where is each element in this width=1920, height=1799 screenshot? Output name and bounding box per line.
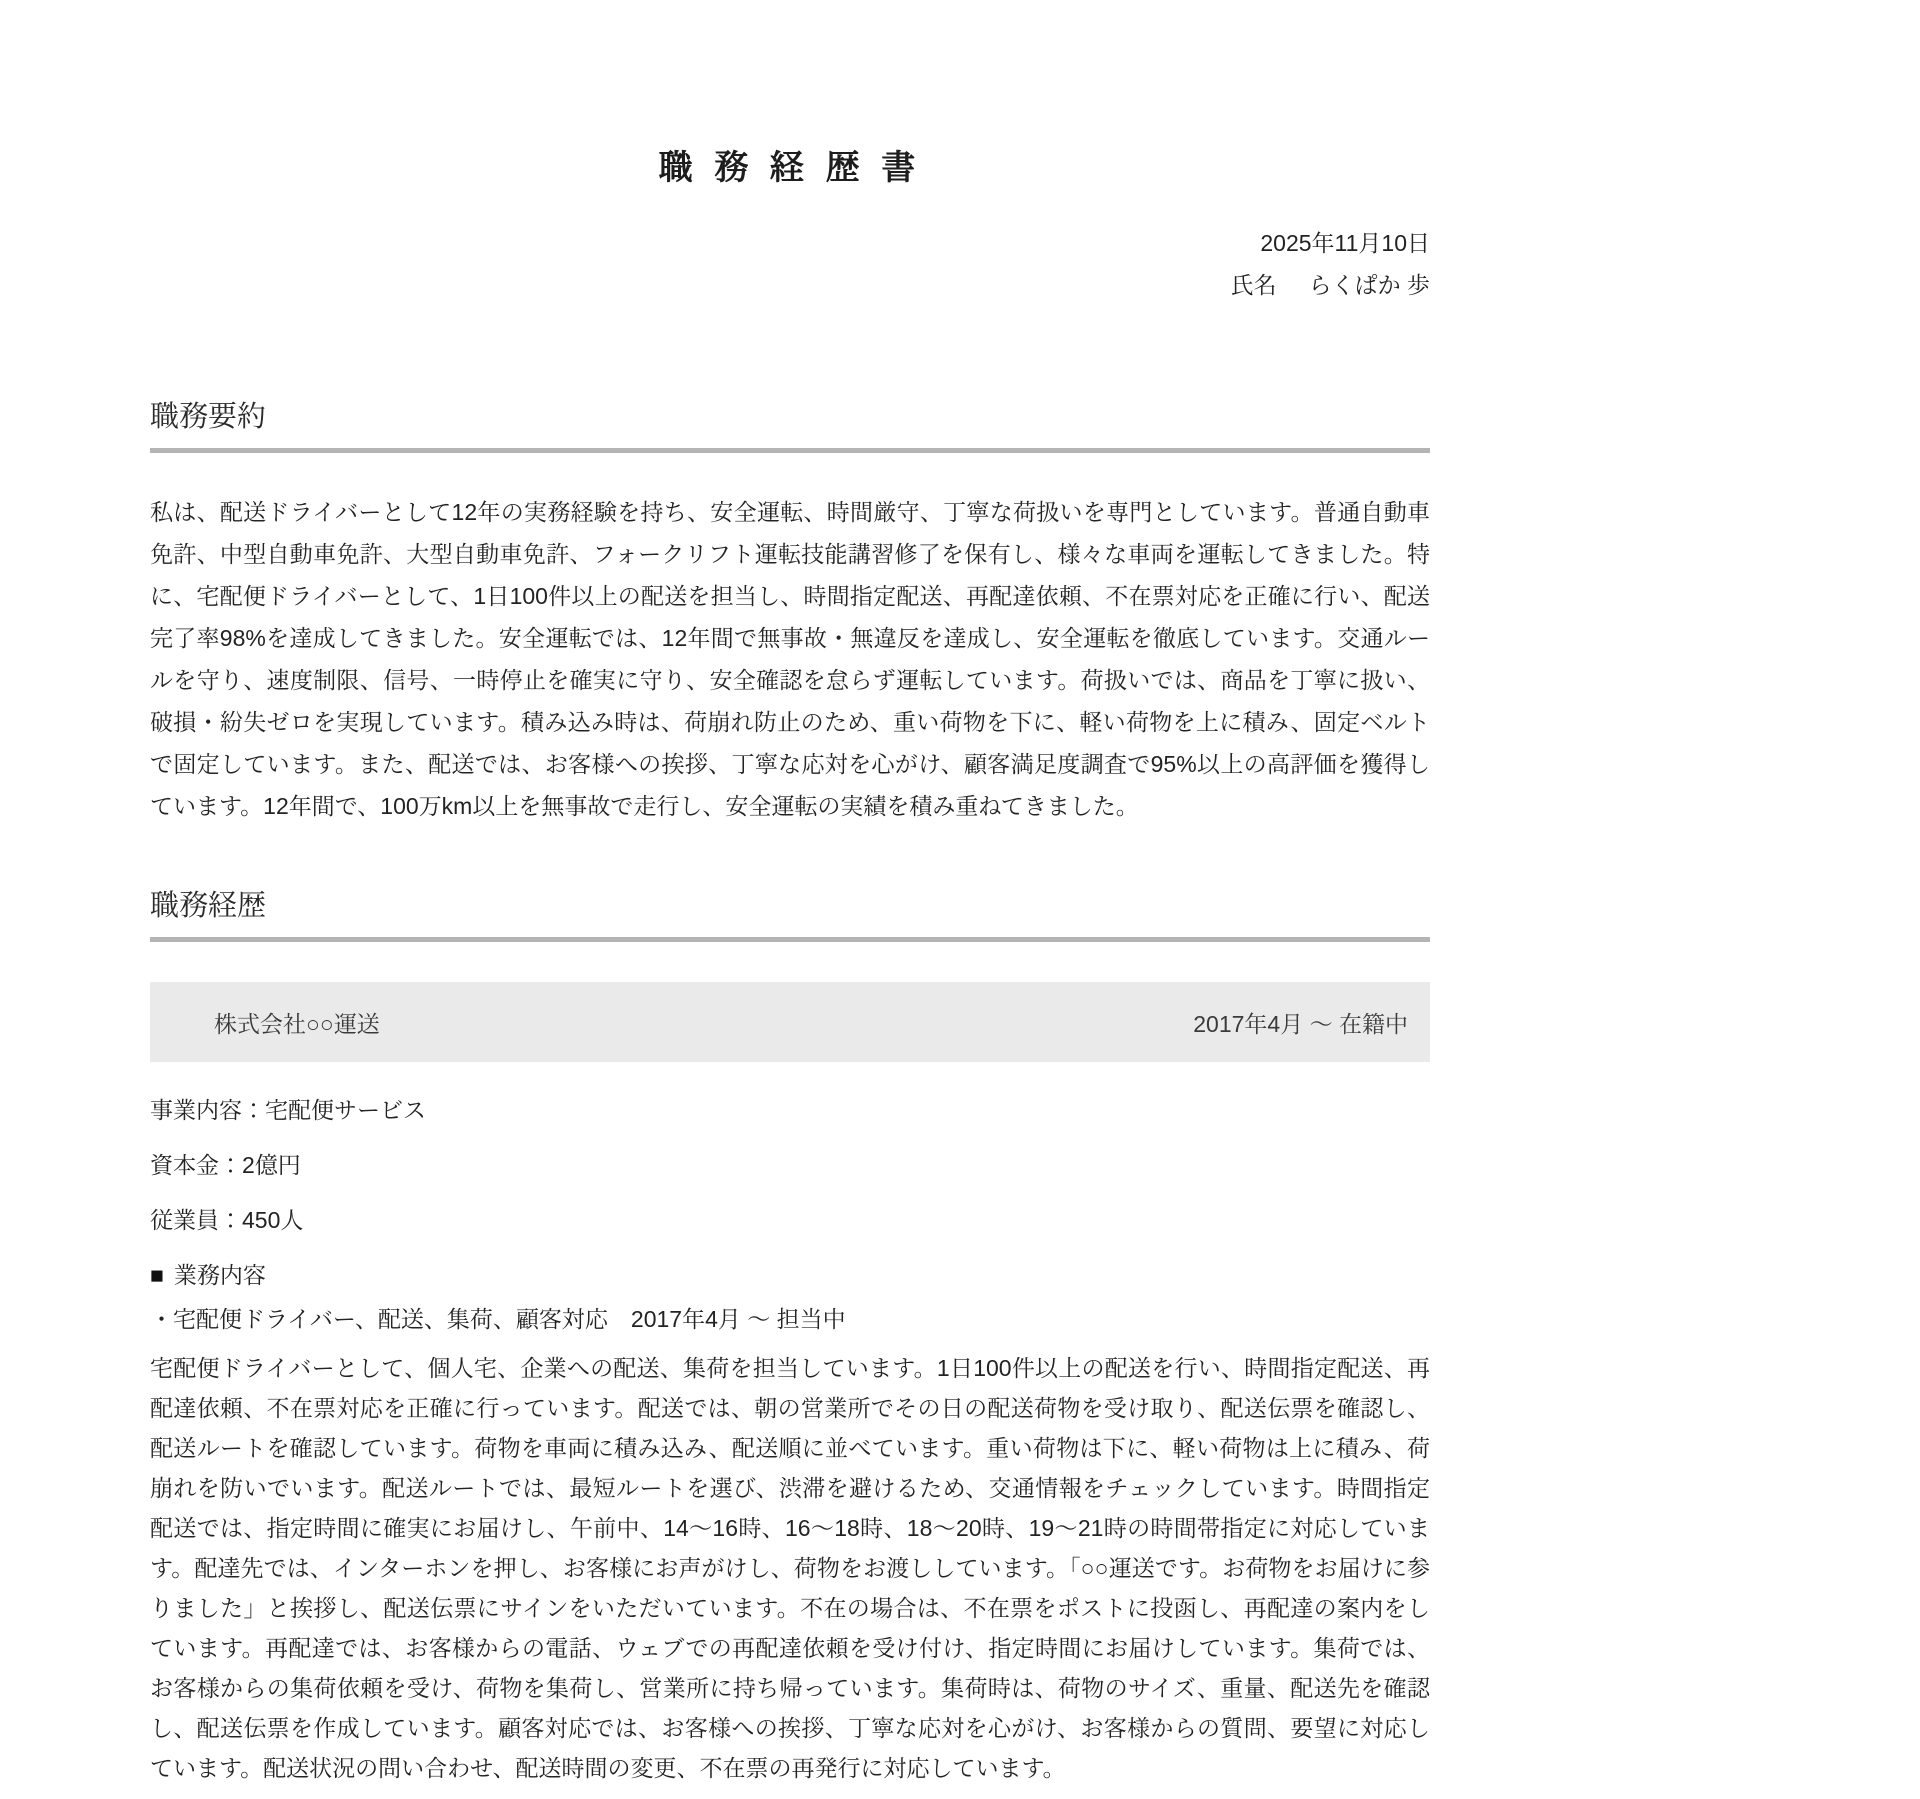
duties-heading: 業務内容 — [174, 1262, 266, 1288]
employment-period: 2017年4月 〜 在籍中 — [1193, 1006, 1408, 1039]
company-name: 株式会社○○運送 — [214, 1006, 380, 1039]
duties-role-line: ・宅配便ドライバー、配送、集荷、顧客対応 2017年4月 〜 担当中 — [150, 1304, 1430, 1334]
date-line: 2025年11月10日 — [150, 222, 1430, 264]
duties-heading-line: ■業務内容 — [150, 1260, 1430, 1290]
company-capital-line: 資本金：2億円 — [150, 1150, 1430, 1180]
history-rule — [150, 937, 1430, 942]
document-header-meta: 2025年11月10日 氏名らくぱか 歩 — [150, 222, 1430, 306]
square-bullet-icon: ■ — [150, 1260, 164, 1290]
company-details: 事業内容：宅配便サービス 資本金：2億円 従業員：450人 — [150, 1095, 1430, 1235]
summary-paragraph: 私は、配送ドライバーとして12年の実務経験を持ち、安全運転、時間厳守、丁寧な荷扱… — [150, 491, 1430, 827]
duties-paragraph: 宅配便ドライバーとして、個人宅、企業への配送、集荷を担当しています。1日100件… — [150, 1348, 1430, 1788]
document-content: 職 務 経 歴 書 2025年11月10日 氏名らくぱか 歩 職務要約 私は、配… — [150, 0, 1430, 1788]
name-value: らくぱか 歩 — [1309, 272, 1430, 298]
summary-rule — [150, 448, 1430, 453]
company-business-line: 事業内容：宅配便サービス — [150, 1095, 1430, 1125]
name-label: 氏名 — [1231, 272, 1277, 298]
resume-document: 職 務 経 歴 書 2025年11月10日 氏名らくぱか 歩 職務要約 私は、配… — [0, 0, 1920, 1799]
section-summary: 職務要約 私は、配送ドライバーとして12年の実務経験を持ち、安全運転、時間厳守、… — [150, 400, 1430, 827]
document-title: 職 務 経 歴 書 — [150, 148, 1430, 188]
company-header-box: 株式会社○○運送 2017年4月 〜 在籍中 — [150, 982, 1430, 1062]
history-heading: 職務経歴 — [150, 889, 1430, 924]
section-history: 職務経歴 株式会社○○運送 2017年4月 〜 在籍中 事業内容：宅配便サービス… — [150, 889, 1430, 1788]
company-employees-line: 従業員：450人 — [150, 1205, 1430, 1235]
summary-heading: 職務要約 — [150, 400, 1430, 435]
name-line: 氏名らくぱか 歩 — [150, 264, 1430, 306]
